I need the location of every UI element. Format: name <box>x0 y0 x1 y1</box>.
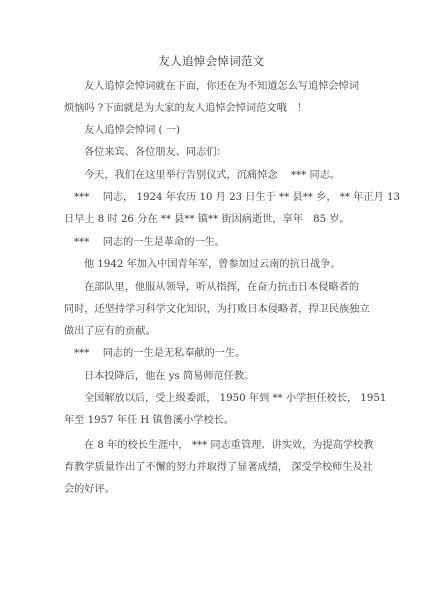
paragraph-line: *** 同志的一生是无私奉献的一生。 <box>64 343 369 365</box>
document-title: 友人追悼会悼词范文 <box>0 53 423 69</box>
paragraph: 今天，我们在这里举行告别仪式，沉痛悼念 *** 同志。 <box>64 165 369 187</box>
paragraph-line: 育教学质量作出了不懈的努力并取得了显著成绩， 深受学校师生及社 <box>64 457 369 479</box>
intro-line-2: 烦恼吗 ?下面就是为大家的友人追悼会悼词范文哦 ！ <box>64 98 369 120</box>
paragraph-line: *** 同志的一生是革命的一生。 <box>64 232 369 254</box>
paragraph-line: 全国解放以后，受上级委派， 1950 年到 ** 小学担任校长， 1951 <box>64 388 369 410</box>
paragraph-line: 年至 1957 年任 H 镇鲁溪小学校长。 <box>64 410 369 432</box>
intro-line-1: 友人追悼会悼词就在下面，你还在为不知道怎么写追悼会悼词 <box>64 76 369 98</box>
intro-paragraph: 友人追悼会悼词就在下面，你还在为不知道怎么写追悼会悼词 烦恼吗 ?下面就是为大家… <box>64 76 369 120</box>
paragraph-line: 在 8 年的校长生涯中， *** 同志重管理、讲实效，为提高学校教 <box>64 435 369 457</box>
paragraph-line: 做出了应有的贡献。 <box>64 321 369 343</box>
paragraph: 日本投降后，他在 ys 简易师范任教。 <box>64 366 369 388</box>
greeting-block: 各位来宾、各位朋友、同志们： <box>64 142 369 164</box>
paragraph: *** 同志的一生是革命的一生。 <box>64 232 369 254</box>
greeting: 各位来宾、各位朋友、同志们： <box>64 142 369 164</box>
paragraph-line: 同时，还坚持学习科学文化知识，为打败日本侵略者，捍卫民族独立 <box>64 299 369 321</box>
paragraph-line: 日早上 8 时 26 分在 ** 县** 镇** 街因病逝世，享年 85 岁。 <box>64 209 369 231</box>
paragraph-line: 日本投降后，他在 ys 简易师范任教。 <box>64 366 369 388</box>
paragraph: 全国解放以后，受上级委派， 1950 年到 ** 小学担任校长， 1951 年至… <box>64 388 369 432</box>
document-page: 友人追悼会悼词范文 友人追悼会悼词就在下面，你还在为不知道怎么写追悼会悼词 烦恼… <box>0 0 423 600</box>
paragraph: 他 1942 年加入中国青年军，曾参加过云南的抗日战争。 <box>64 254 369 276</box>
section-heading: 友人追悼会悼词 ( 一) <box>64 120 369 142</box>
paragraph-line: *** 同志， 1924 年农历 10 月 23 日生于 ** 县** 乡， *… <box>64 187 369 209</box>
paragraph-line: 在部队里，他服从领导，听从指挥，在奋力抗击日本侵略者的 <box>64 277 369 299</box>
paragraph-line: 他 1942 年加入中国青年军，曾参加过云南的抗日战争。 <box>64 254 369 276</box>
paragraph: 在 8 年的校长生涯中， *** 同志重管理、讲实效，为提高学校教 育教学质量作… <box>64 435 369 502</box>
paragraph-line: 会的好评。 <box>64 479 369 501</box>
paragraph-line: 今天，我们在这里举行告别仪式，沉痛悼念 *** 同志。 <box>64 165 369 187</box>
paragraph: *** 同志的一生是无私奉献的一生。 <box>64 343 369 365</box>
paragraph: 在部队里，他服从领导，听从指挥，在奋力抗击日本侵略者的 同时，还坚持学习科学文化… <box>64 277 369 344</box>
section-heading-block: 友人追悼会悼词 ( 一) <box>64 120 369 142</box>
paragraph: *** 同志， 1924 年农历 10 月 23 日生于 ** 县** 乡， *… <box>64 187 369 231</box>
